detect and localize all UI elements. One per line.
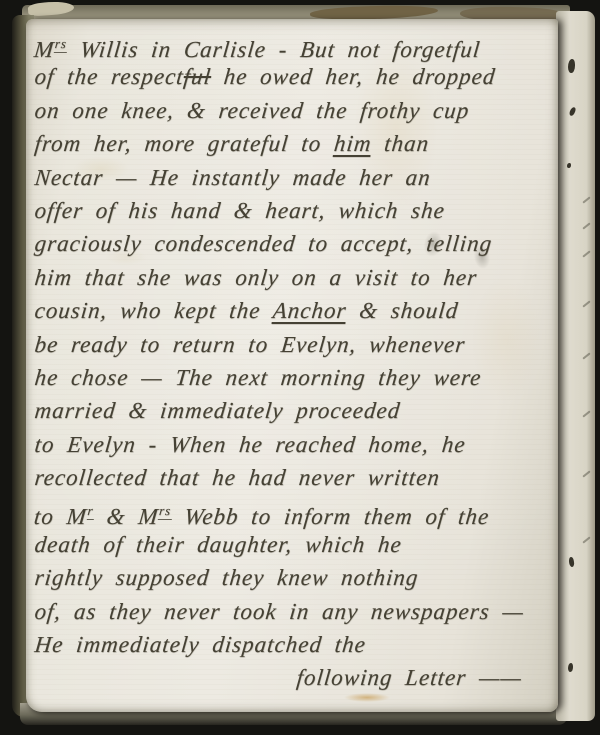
manuscript-text: Mrs Willis in Carlisle - But not forgetf… [33, 27, 553, 695]
manuscript-line: be ready to return to Evelyn, whenever [33, 328, 557, 361]
manuscript-line-segment: to M [33, 504, 88, 529]
manuscript-line-segment: recollected that he had never written [33, 465, 441, 490]
manuscript-line-segment: on one knee, & received the frothy cup [33, 98, 470, 123]
manuscript-line-segment: ful [183, 64, 213, 89]
manuscript-line: Mrs Willis in Carlisle - But not forgetf… [33, 27, 557, 60]
deckle-corner-fold [28, 0, 75, 16]
manuscript-line-segment: M [33, 37, 56, 62]
next-page-writing-fragment [582, 352, 590, 359]
next-page-writing-fragment [582, 410, 590, 417]
paper-tear-mark [568, 663, 573, 672]
next-page-writing-fragment [582, 196, 590, 203]
next-page-writing-fragment [582, 536, 590, 543]
manuscript-line-segment: Willis in Carlisle - But not forgetful [66, 37, 482, 62]
manuscript-line-segment: Anchor [272, 298, 348, 323]
next-page-writing-fragment [582, 222, 590, 229]
manuscript-line: rightly supposed they knew nothing [33, 561, 557, 594]
manuscript-line-segment: of the respect [33, 64, 185, 89]
manuscript-line: recollected that he had never written [33, 461, 557, 494]
manuscript-line: He immediately dispatched the [33, 628, 557, 661]
manuscript-line-segment: Nectar — He instantly made her an [33, 165, 432, 190]
manuscript-line-segment: he owed her, he dropped [210, 64, 497, 89]
manuscript-line: of the respectful he owed her, he droppe… [33, 60, 557, 93]
manuscript-line: of, as they never took in any newspapers… [33, 595, 557, 628]
paper-tear-mark [568, 557, 575, 568]
paper-speck [567, 163, 571, 168]
manuscript-line-segment: be ready to return to Evelyn, whenever [33, 332, 466, 357]
manuscript-line: cousin, who kept the Anchor & should [33, 294, 557, 327]
manuscript-line-segment: offer of his hand & heart, which she [33, 198, 446, 223]
manuscript-line: offer of his hand & heart, which she [33, 194, 557, 227]
manuscript-line-segment: of, as they never took in any newspapers… [33, 599, 525, 624]
manuscript-line: married & immediately proceeded [33, 394, 557, 427]
manuscript-line-segment: from her, more grateful to [33, 131, 335, 156]
next-page-writing-fragment [582, 250, 590, 257]
manuscript-page: Mrs Willis in Carlisle - But not forgetf… [26, 19, 558, 712]
next-page-sliver [556, 11, 595, 721]
manuscript-line: from her, more grateful to him than [33, 127, 557, 160]
manuscript-line: to Mr & Mrs Webb to inform them of the [33, 494, 557, 527]
manuscript-line: he chose — The next morning they were [33, 361, 557, 394]
manuscript-line-segment: following Letter —— [295, 665, 523, 690]
manuscript-line-segment: graciously condescended to accept, telli… [33, 231, 493, 256]
manuscript-line: to Evelyn - When he reached home, he [33, 428, 557, 461]
manuscript-line-segment: & should [345, 298, 459, 323]
next-page-writing-fragment [582, 300, 590, 307]
paper-tear-mark [568, 59, 575, 73]
manuscript-line-segment: rightly supposed they knew nothing [33, 565, 419, 590]
manuscript-line: death of their daughter, which he [33, 528, 557, 561]
manuscript-line-segment: to Evelyn - When he reached home, he [33, 432, 467, 457]
manuscript-line-segment: Webb to inform them of the [170, 504, 490, 529]
manuscript-line-segment: him [333, 131, 373, 156]
next-page-writing-fragment [582, 470, 590, 477]
manuscript-line: Nectar — He instantly made her an [33, 161, 557, 194]
manuscript-line-segment: cousin, who kept the [33, 298, 274, 323]
manuscript-line-segment: than [370, 131, 430, 156]
manuscript-line: following Letter —— [33, 661, 557, 694]
manuscript-line-segment: death of their daughter, which he [33, 532, 403, 557]
manuscript-line-segment: him that she was only on a visit to her [33, 265, 478, 290]
manuscript-line-segment: married & immediately proceeded [33, 398, 401, 423]
manuscript-line: him that she was only on a visit to her [33, 261, 557, 294]
manuscript-line-segment: & M [93, 504, 160, 529]
manuscript-line: on one knee, & received the frothy cup [33, 94, 557, 127]
manuscript-line-segment: he chose — The next morning they were [33, 365, 482, 390]
manuscript-line-segment: He immediately dispatched the [33, 632, 367, 657]
paper-tear-mark [569, 106, 577, 116]
manuscript-line: graciously condescended to accept, telli… [33, 227, 557, 260]
